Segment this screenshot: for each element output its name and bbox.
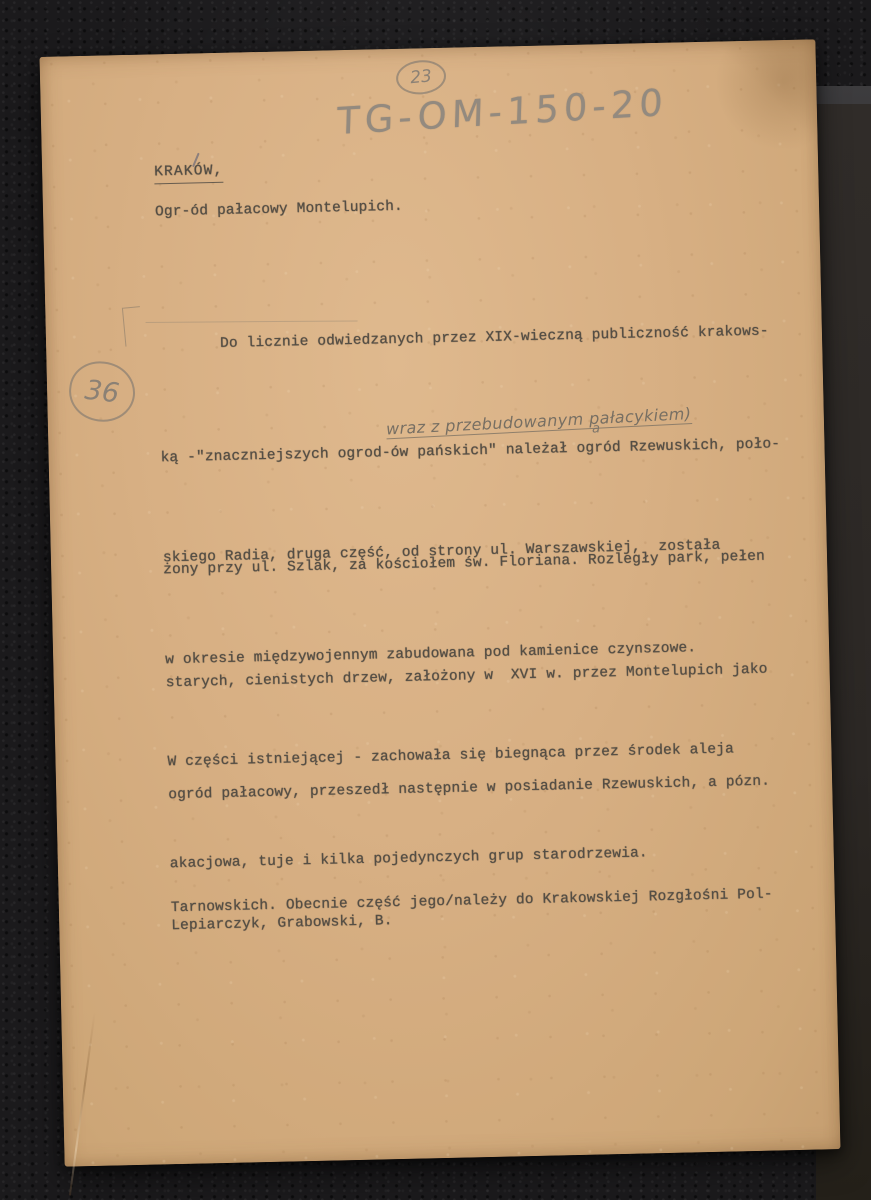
handwritten-catalog-code: TG-OM-150-20: [337, 81, 669, 143]
scanned-document-sheet: 23 TG-OM-150-20 KRAKÓW, Ogr-ód pałacowy …: [40, 39, 841, 1166]
handwritten-correction-letter: a: [592, 421, 600, 436]
circled-page-number-value: 23: [409, 66, 432, 88]
document-subtitle: Ogr-ód pałacowy Montelupich.: [155, 199, 403, 221]
pencil-bracket-mark: [122, 306, 144, 346]
typed-line: W części istniejącej - zachowała się bie…: [167, 732, 734, 779]
paper-corner-shade: [705, 39, 818, 161]
typed-line: akacjowa, tuje i kilka pojedynczych grup…: [169, 834, 736, 881]
circled-margin-number-value: 36: [83, 374, 121, 409]
typed-line: Do licznie odwiedzanych przez XIX-wieczn…: [158, 313, 778, 365]
circled-margin-number: 36: [66, 358, 139, 425]
document-title: KRAKÓW,: [154, 163, 224, 185]
circled-page-number: 23: [395, 58, 448, 96]
paragraph-block-lower: skiego Radia, druga część, od strony ul.…: [161, 460, 738, 949]
typed-line: w okresie międzywojennym zabudowana pod …: [165, 630, 732, 677]
typed-line: skiego Radia, druga część, od strony ul.…: [163, 528, 730, 575]
